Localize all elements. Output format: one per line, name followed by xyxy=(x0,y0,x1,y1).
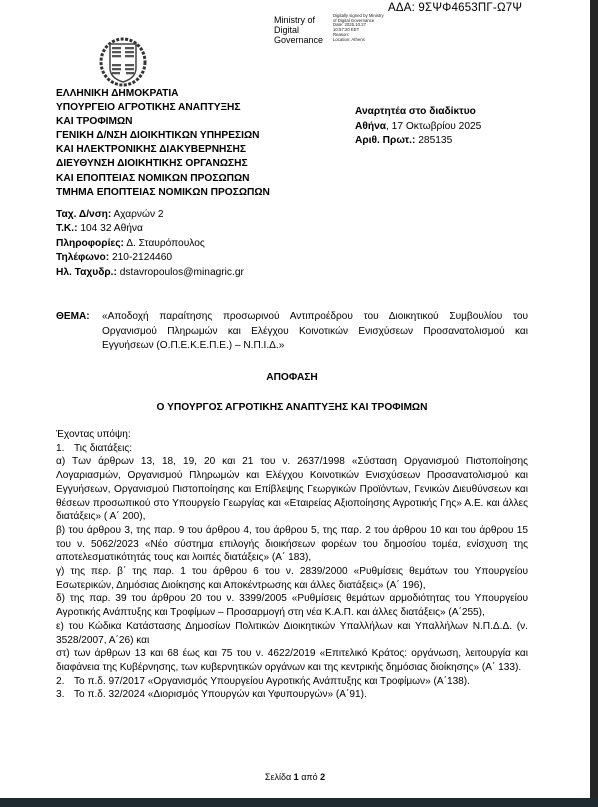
minister-title: Ο ΥΠΟΥΡΓΟΣ ΑΓΡΟΤΙΚΗΣ ΑΝΑΠΤΥΞΗΣ ΚΑΙ ΤΡΟΦΙ… xyxy=(56,402,528,413)
protocol-label: Αριθ. Πρωτ.: xyxy=(355,135,415,146)
footer-prefix: Σελίδα xyxy=(265,772,294,782)
body-intro: Έχοντας υπόψη: xyxy=(56,428,528,442)
provision-b: β) του άρθρου 3, της παρ. 9 του άρθρου 4… xyxy=(56,524,528,565)
issuer-line: Digital xyxy=(274,25,323,35)
contact-value: Δ. Σταυρόπουλος xyxy=(124,238,205,249)
subject-block: ΘΕΜΑ: «Αποδοχή παραίτησης προσωρινού Αντ… xyxy=(56,310,528,354)
digital-signature-details: Digitally signed by Ministry of Digital … xyxy=(333,14,384,42)
contact-value: Αχαρνών 2 xyxy=(111,209,163,220)
authority-line: ΕΛΛΗΝΙΚΗ ΔΗΜΟΚΡΑΤΙΑ xyxy=(56,87,270,101)
contact-email: Ηλ. Ταχυδρ.: dstavropoulos@minagric.gr xyxy=(56,266,244,280)
contact-address: Ταχ. Δ/νση: Αχαρνών 2 xyxy=(56,208,244,222)
authority-line: ΔΙΕΥΘΥΝΣΗ ΔΙΟΙΚΗΤΙΚΗΣ ΟΡΓΑΝΩΣΗΣ xyxy=(56,157,270,171)
page-footer: Σελίδα 1 από 2 xyxy=(0,772,590,782)
item-text: Το π.δ. 97/2017 «Οργανισμός Υπουργείου Α… xyxy=(74,676,470,687)
authority-line: ΚΑΙ ΗΛΕΚΤΡΟΝΙΚΗΣ ΔΙΑΚΥΒΕΡΝΗΣΗΣ xyxy=(56,143,270,157)
contact-label: Πληροφορίες: xyxy=(56,238,124,249)
item-text: Το π.δ. 32/2024 «Διορισμός Υπουργών και … xyxy=(74,689,367,700)
signature-issuer: Ministry of Digital Governance xyxy=(274,15,323,45)
authority-line: ΚΑΙ ΕΠΟΠΤΕΙΑΣ ΝΟΜΙΚΩΝ ΠΡΟΣΩΠΩΝ xyxy=(56,172,270,186)
body-item-1: 1.Τις διατάξεις: xyxy=(56,442,528,456)
post-notice: Αναρτητέα στο διαδίκτυο xyxy=(355,106,476,117)
contact-label: Ηλ. Ταχυδρ.: xyxy=(56,267,117,278)
provision-f: στ) των άρθρων 13 και 68 έως και 75 του … xyxy=(56,647,528,674)
provision-d: δ) της παρ. 39 του άρθρου 20 του ν. 3399… xyxy=(56,592,528,619)
authority-line: ΓΕΝΙΚΗ Δ/ΝΣΗ ΔΙΟΙΚΗΤΙΚΩΝ ΥΠΗΡΕΣΙΩΝ xyxy=(56,129,270,143)
city: Αθήνα xyxy=(355,121,386,132)
provision-a: α) Των άρθρων 13, 18, 19, 20 και 21 του … xyxy=(56,455,528,524)
document-page: ΑΔΑ: 9ΣΨΦ4653ΠΓ-Ω7Ψ Ministry of Digital … xyxy=(0,0,590,798)
protocol-number: 285135 xyxy=(415,135,452,146)
item-number: 2. xyxy=(56,675,74,689)
authority-line: ΥΠΟΥΡΓΕΙΟ ΑΓΡΟΤΙΚΗΣ ΑΝΑΠΤΥΞΗΣ xyxy=(56,101,270,115)
contact-value: dstavropoulos@minagric.gr xyxy=(117,267,244,278)
contact-label: Τ.Κ.: xyxy=(56,223,78,234)
document-reference: Αναρτητέα στο διαδίκτυο Αθήνα, 17 Οκτωβρ… xyxy=(355,105,481,149)
contact-info-person: Πληροφορίες: Δ. Σταυρόπουλος xyxy=(56,237,244,251)
signature-line: Location: Athens xyxy=(333,38,384,43)
contact-phone: Τηλέφωνο: 210-2124460 xyxy=(56,251,244,265)
greek-coat-of-arms-icon xyxy=(98,36,148,88)
contact-value: 210-2124460 xyxy=(109,252,172,263)
item-text: Τις διατάξεις: xyxy=(74,443,132,454)
contact-label: Τηλέφωνο: xyxy=(56,252,109,263)
contact-value: 104 32 Αθήνα xyxy=(78,223,143,234)
contact-postcode: Τ.Κ.: 104 32 Αθήνα xyxy=(56,222,244,236)
viewer-bottom-bar xyxy=(0,798,598,807)
issuer-line: Governance xyxy=(274,35,323,45)
footer-middle: από xyxy=(299,772,320,782)
body-item-3: 3.Το π.δ. 32/2024 «Διορισμός Υπουργών κα… xyxy=(56,688,528,702)
provision-e: ε) του Κώδικα Κατάστασης Δημοσίων Πολιτι… xyxy=(56,620,528,647)
item-number: 3. xyxy=(56,688,74,702)
body-item-2: 2.Το π.δ. 97/2017 «Οργανισμός Υπουργείου… xyxy=(56,675,528,689)
ada-code: ΑΔΑ: 9ΣΨΦ4653ΠΓ-Ω7Ψ xyxy=(388,2,522,14)
authority-line: ΤΜΗΜΑ ΕΠΟΠΤΕΙΑΣ ΝΟΜΙΚΩΝ ΠΡΟΣΩΠΩΝ xyxy=(56,186,270,200)
issuer-line: Ministry of xyxy=(274,15,323,25)
contact-label: Ταχ. Δ/νση: xyxy=(56,209,111,220)
subject-text: «Αποδοχή παραίτησης προσωρινού Αντιπροέδ… xyxy=(102,310,528,354)
decision-title: ΑΠΟΦΑΣΗ xyxy=(56,372,528,383)
authority-line: ΚΑΙ ΤΡΟΦΙΜΩΝ xyxy=(56,115,270,129)
document-body: Έχοντας υπόψη: 1.Τις διατάξεις: α) Των ά… xyxy=(56,428,528,702)
issuing-authority: ΕΛΛΗΝΙΚΗ ΔΗΜΟΚΡΑΤΙΑ ΥΠΟΥΡΓΕΙΟ ΑΓΡΟΤΙΚΗΣ … xyxy=(56,87,270,200)
provision-c: γ) της περ. β΄ της παρ. 1 του άρθρου 6 τ… xyxy=(56,565,528,592)
item-number: 1. xyxy=(56,442,74,456)
contact-details: Ταχ. Δ/νση: Αχαρνών 2 Τ.Κ.: 104 32 Αθήνα… xyxy=(56,208,244,280)
total-pages: 2 xyxy=(320,772,325,782)
subject-label: ΘΕΜΑ: xyxy=(56,310,90,325)
document-date: , 17 Οκτωβρίου 2025 xyxy=(386,121,481,132)
